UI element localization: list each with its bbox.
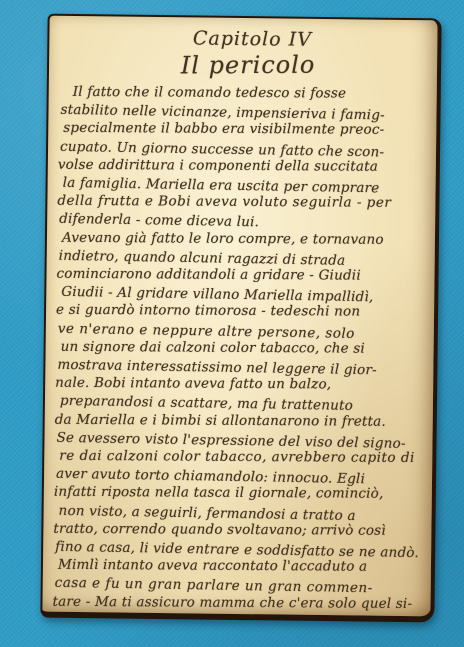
manuscript-line: re dai calzoni color tabacco, avrebbero … [59,447,426,467]
manuscript-line: cominciarono additandoli a gridare - Giu… [56,265,428,285]
manuscript-line: un signore dai calzoni color tabacco, ch… [61,338,428,358]
title-block: Capitolo IV Il pericolo [59,26,432,82]
manuscript-line: e si guardò intorno timorosa - tedeschi … [56,301,428,321]
manuscript-line: nale. Bobi intanto aveva fatto un balzo, [55,374,427,394]
manuscript-line: Il fatto che il comando tedesco si fosse [59,83,431,103]
manuscript-line: tare - Ma ti assicuro mamma che c'era so… [52,592,424,612]
chapter-subtitle: Il pericolo [65,50,431,80]
manuscript-line: specialmente il babbo era visibilmente p… [63,119,430,139]
manuscript-body: Il fatto che il comando tedesco si fosse… [52,83,431,623]
manuscript-line: tratto, correndo quando svoltavano; arri… [53,520,425,540]
chapter-title: Capitolo IV [73,26,431,52]
photo-background: Capitolo IV Il pericolo Il fatto che il … [0,0,464,647]
manuscript-page: Capitolo IV Il pericolo Il fatto che il … [40,14,441,623]
manuscript-line: Avevano già fatto le loro compre, e torn… [62,228,429,248]
manuscript-line: da Mariella e i bimbi si allontanarono i… [55,410,427,430]
manuscript-line: volse addirittura i componenti della suc… [58,156,430,176]
manuscript-line: infatti riposta nella tasca il giornale,… [54,483,426,503]
manuscript-line: della frutta e Bobi aveva voluto seguirl… [57,192,429,212]
manuscript-line: Mimlì intanto aveva raccontato l'accadut… [58,556,425,576]
